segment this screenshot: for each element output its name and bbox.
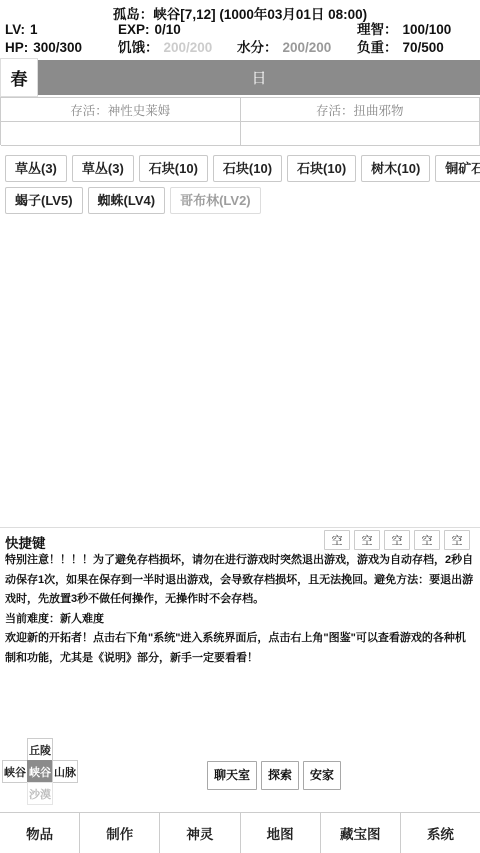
terrain-cell-north[interactable]: 丘陵 (27, 738, 53, 761)
creature-button[interactable]: 哥布林(LV2) (170, 187, 261, 214)
terrain-cell-current[interactable]: 峡谷 (27, 760, 53, 783)
resource-button[interactable]: 石块(10) (287, 155, 356, 182)
season-day-bar: 日 春 (0, 58, 480, 97)
settle-button[interactable]: 安家 (303, 761, 341, 790)
terrain-cell-east[interactable]: 山脉 (52, 760, 78, 783)
terrain-minimap: 丘陵 峡谷 峡谷 山脉 沙漠 (2, 738, 80, 806)
stat-water: 水分：200/200 (237, 39, 331, 57)
shortcut-slot[interactable]: 空 (354, 530, 380, 550)
save-warning-text: 特别注意！！！！为了避免存档损坏，请勿在进行游戏时突然退出游戏，游戏为自动存档，… (5, 551, 476, 610)
shortcut-slot[interactable]: 空 (444, 530, 470, 550)
terrain-cell-south[interactable]: 沙漠 (27, 782, 53, 805)
action-buttons: 聊天室 探索 安家 (207, 761, 341, 790)
shortcut-slot[interactable]: 空 (384, 530, 410, 550)
welcome-text: 欢迎新的开拓者！点击右下角"系统"进入系统界面后，点击右上角"图鉴"可以查看游戏… (5, 629, 476, 668)
stat-hunger: 饥饿：200/200 (118, 39, 212, 57)
resource-button[interactable]: 石块(10) (213, 155, 282, 182)
creature-button[interactable]: 蝎子(LV5) (5, 187, 83, 214)
nav-treasure-map-tab[interactable]: 藏宝图 (320, 813, 400, 853)
difficulty-text: 当前难度：新人难度 (5, 610, 476, 630)
game-screen: 孤岛：峡谷[7,12] (1000年03月01日 08:00) LV:1 EXP… (0, 0, 480, 853)
stat-exp: EXP:0/10 (118, 21, 181, 39)
day-progress-bar: 日 (38, 60, 480, 95)
creature-button[interactable]: 蜘蛛(LV4) (88, 187, 166, 214)
shortcut-slot[interactable]: 空 (324, 530, 350, 550)
nav-craft-tab[interactable]: 制作 (79, 813, 159, 853)
stat-sanity: 理智：100/100 (357, 21, 451, 39)
stat-weight: 负重：70/500 (357, 39, 444, 57)
shortcut-slot[interactable]: 空 (414, 530, 440, 550)
nav-items-tab[interactable]: 物品 (0, 813, 79, 853)
stat-lv: LV:1 (5, 21, 38, 39)
resource-button[interactable]: 草丛(3) (5, 155, 67, 182)
nav-map-tab[interactable]: 地图 (240, 813, 320, 853)
terrain-cell-west[interactable]: 峡谷 (2, 760, 28, 783)
survivor-cell-empty-left (1, 122, 241, 146)
survivor-cell-left[interactable]: 存活：神性史莱姆 (1, 98, 241, 122)
shortcut-slots: 空 空 空 空 空 (324, 530, 470, 550)
survivor-table: 存活：神性史莱姆 存活：扭曲邪物 (0, 97, 480, 145)
resource-row: 草丛(3) 草丛(3) 石块(10) 石块(10) 石块(10) 树木(10) … (5, 155, 477, 182)
notice-log: 特别注意！！！！为了避免存档损坏，请勿在进行游戏时突然退出游戏，游戏为自动存档，… (5, 551, 476, 668)
resource-button[interactable]: 树木(10) (361, 155, 430, 182)
chatroom-button[interactable]: 聊天室 (207, 761, 257, 790)
resource-button[interactable]: 草丛(3) (72, 155, 134, 182)
creature-row: 蝎子(LV5) 蜘蛛(LV4) 哥布林(LV2) (5, 187, 477, 214)
nav-system-tab[interactable]: 系统 (400, 813, 480, 853)
bottom-nav: 物品 制作 神灵 地图 藏宝图 系统 (0, 812, 480, 853)
shortcut-label: 快捷键 (5, 532, 46, 552)
shortcut-bar: 快捷键 空 空 空 空 空 (0, 527, 480, 551)
page-title: 孤岛：峡谷[7,12] (1000年03月01日 08:00) (0, 3, 480, 23)
resource-button[interactable]: 铜矿石(10) (435, 155, 480, 182)
nav-deity-tab[interactable]: 神灵 (159, 813, 239, 853)
explore-button[interactable]: 探索 (261, 761, 299, 790)
resource-button[interactable]: 石块(10) (139, 155, 208, 182)
survivor-cell-empty-right (241, 122, 480, 146)
tile-contents: 草丛(3) 草丛(3) 石块(10) 石块(10) 石块(10) 树木(10) … (5, 155, 477, 219)
survivor-cell-right[interactable]: 存活：扭曲邪物 (241, 98, 480, 122)
season-indicator: 春 (0, 58, 38, 97)
stat-hp: HP:300/300 (5, 39, 82, 57)
